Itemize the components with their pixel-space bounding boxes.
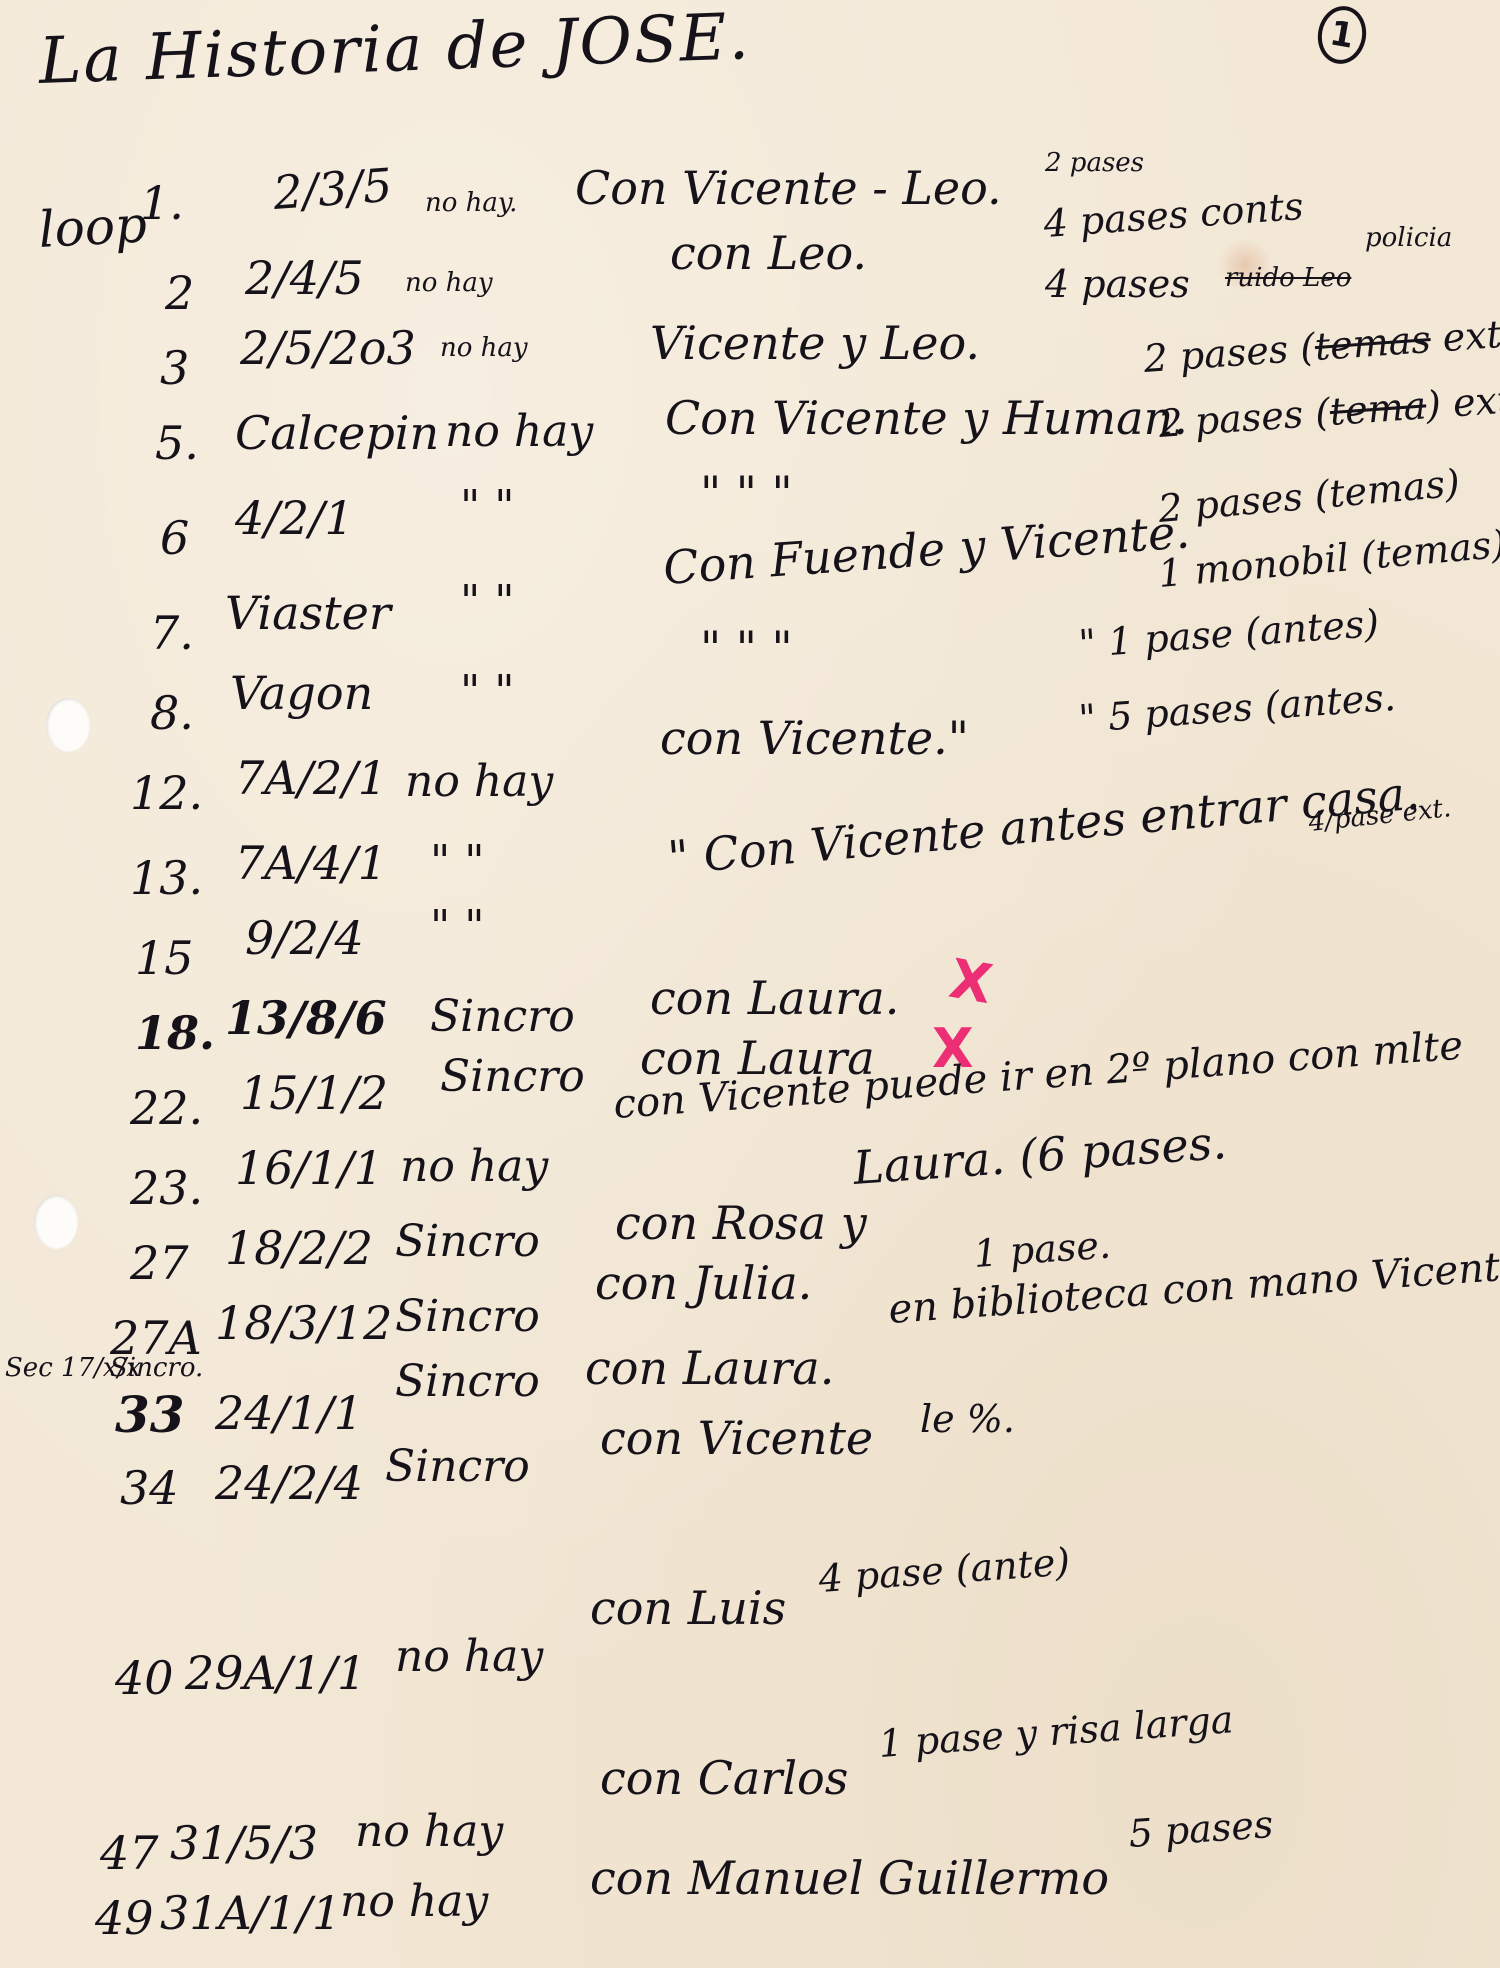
- entry-sync: no hay: [355, 1810, 503, 1854]
- entry-date: 2/3/5: [272, 162, 394, 216]
- entry-date: 24/1/1: [215, 1390, 363, 1436]
- entry-date: 2/5/2o3: [240, 325, 416, 371]
- note-struck: temas: [1313, 317, 1432, 369]
- entry-with: con Manuel Guillermo: [590, 1855, 1109, 1901]
- entry-sync: no hay: [395, 1635, 543, 1679]
- entry-sync: Sincro: [395, 1295, 540, 1339]
- note-end: ext: [1441, 312, 1500, 360]
- entry-sync: " ": [460, 485, 514, 529]
- entry-with: Con Vicente - Leo.: [575, 165, 1002, 211]
- punch-hole-top: [46, 698, 90, 752]
- entry-sync: no hay: [405, 760, 553, 804]
- entry-sync: no hay: [440, 335, 528, 361]
- entry-num: 6: [160, 515, 189, 561]
- entry-with: " " ": [700, 625, 793, 671]
- entry-note: 1 pase.: [972, 1226, 1112, 1273]
- entry-date: 13/8/6: [225, 995, 387, 1041]
- entry-date: 9/2/4: [245, 915, 364, 961]
- entry-num: 13.: [130, 855, 203, 901]
- entry-note-struck: ruido Leo: [1225, 265, 1351, 291]
- entry-date: 7A/2/1: [235, 755, 387, 801]
- entry-with: con Carlos: [600, 1755, 848, 1801]
- entry-sync: " ": [430, 840, 484, 884]
- entry-date: 18/2/2: [225, 1225, 373, 1271]
- entry-num: 47: [100, 1830, 159, 1876]
- entry-sync: Sincro: [395, 1360, 540, 1404]
- entry-note: 4 pases: [1045, 265, 1190, 303]
- entry-num: 27: [130, 1240, 189, 1286]
- entry-note: " 5 pases (antes.: [1077, 678, 1397, 738]
- entry-sync: " ": [460, 580, 514, 624]
- entry-num: 18.: [135, 1010, 215, 1056]
- entry-with: Con Fuende y Vicente.: [662, 508, 1191, 591]
- entry-with: con Rosa y: [615, 1200, 867, 1246]
- entry-note: le %.: [920, 1400, 1015, 1438]
- entry-sync: no hay: [405, 270, 493, 296]
- note-struck: tema: [1328, 383, 1427, 434]
- entry-sync: " ": [430, 905, 484, 949]
- entry-num: 23.: [130, 1165, 203, 1211]
- entry-num: 22.: [130, 1085, 203, 1131]
- entry-date: Sincro.: [110, 1355, 203, 1381]
- entry-with: " " ": [700, 470, 793, 516]
- red-x-mark: X: [946, 952, 996, 1012]
- entry-num: 7.: [150, 610, 194, 656]
- entry-date: Calcepin: [235, 410, 439, 456]
- punch-hole-bottom: [34, 1195, 78, 1249]
- entry-note: 2 pases (temas): [1157, 464, 1462, 528]
- entry-note: 2 pases (temas ext: [1142, 315, 1500, 378]
- entry-note-correction: policia: [1365, 225, 1452, 251]
- entry-date: 4/2/1: [235, 495, 354, 541]
- scanned-page: La Historia de JOSE. 1 loop 1. 2/3/5 no …: [0, 0, 1500, 1968]
- margin-label-loop: loop: [37, 199, 148, 255]
- entry-note: 5 pases: [1127, 1805, 1274, 1853]
- entry-num: 34: [120, 1465, 179, 1511]
- entry-with: Laura. (6 pases.: [852, 1119, 1228, 1191]
- page-number-circle: 1: [1313, 2, 1370, 67]
- entry-date: 16/1/1: [235, 1145, 383, 1191]
- entry-num: 49: [95, 1895, 154, 1941]
- entry-num: 33: [115, 1390, 185, 1440]
- entry-sync: Sincro: [440, 1055, 585, 1099]
- entry-sync: " ": [460, 670, 514, 714]
- entry-date: 18/3/12: [215, 1300, 392, 1346]
- entry-with: con Luis: [590, 1585, 786, 1631]
- entry-note: " 1 pase (antes): [1077, 604, 1380, 663]
- entry-with: con Vicente.": [660, 715, 969, 761]
- entry-note: 4 pase (ante): [817, 1543, 1071, 1598]
- entry-date: 15/1/2: [240, 1070, 388, 1116]
- entry-num: 5.: [155, 420, 199, 466]
- entry-with: Con Vicente y Human.: [665, 395, 1188, 441]
- entry-date: 31A/1/1: [160, 1890, 341, 1936]
- entry-sync: no hay: [340, 1880, 488, 1924]
- note-text: 2 pases (: [1142, 325, 1316, 381]
- page-title: La Historia de JOSE.: [38, 5, 752, 94]
- entry-with: con Leo.: [670, 230, 867, 276]
- entry-sync: Sincro: [430, 995, 575, 1039]
- entry-note: 2 pases: [1045, 150, 1144, 176]
- entry-note: 1 monobil (temas): [1157, 525, 1500, 593]
- entry-with: Vicente y Leo.: [650, 320, 980, 366]
- entry-date: 7A/4/1: [235, 840, 387, 886]
- entry-with: con Julia.: [595, 1260, 812, 1306]
- entry-num: 3: [160, 345, 189, 391]
- entry-num: 15: [135, 935, 194, 981]
- entry-num: 2: [165, 270, 194, 316]
- entry-date: 29A/1/1: [185, 1650, 366, 1696]
- entry-sync: no hay.: [425, 190, 517, 216]
- page-number: 1: [1327, 13, 1357, 57]
- note-end: ) ext: [1425, 377, 1500, 427]
- entry-sync: Sincro: [395, 1220, 540, 1264]
- entry-date: Viaster: [225, 590, 391, 636]
- entry-num: 8.: [150, 690, 194, 736]
- entry-note: 4 pases conts: [1042, 187, 1304, 243]
- entry-note: 2 pases (tema) ext: [1157, 380, 1500, 443]
- entry-date: 31/5/3: [170, 1820, 318, 1866]
- entry-sync: no hay: [445, 410, 593, 454]
- entry-with: con Laura.: [585, 1345, 834, 1391]
- entry-with: con Vicente: [600, 1415, 873, 1461]
- entry-num: 1.: [140, 180, 184, 226]
- entry-note: 1 pase y risa larga: [877, 1700, 1234, 1763]
- entry-sync: Sincro: [385, 1445, 530, 1489]
- entry-sync: no hay: [400, 1145, 548, 1189]
- entry-date: 2/4/5: [245, 255, 364, 301]
- entry-date: 24/2/4: [215, 1460, 363, 1506]
- entry-date: Vagon: [230, 670, 373, 716]
- entry-with: con Laura.: [650, 975, 899, 1021]
- entry-num: 12.: [130, 770, 203, 816]
- entry-num: 40: [115, 1655, 174, 1701]
